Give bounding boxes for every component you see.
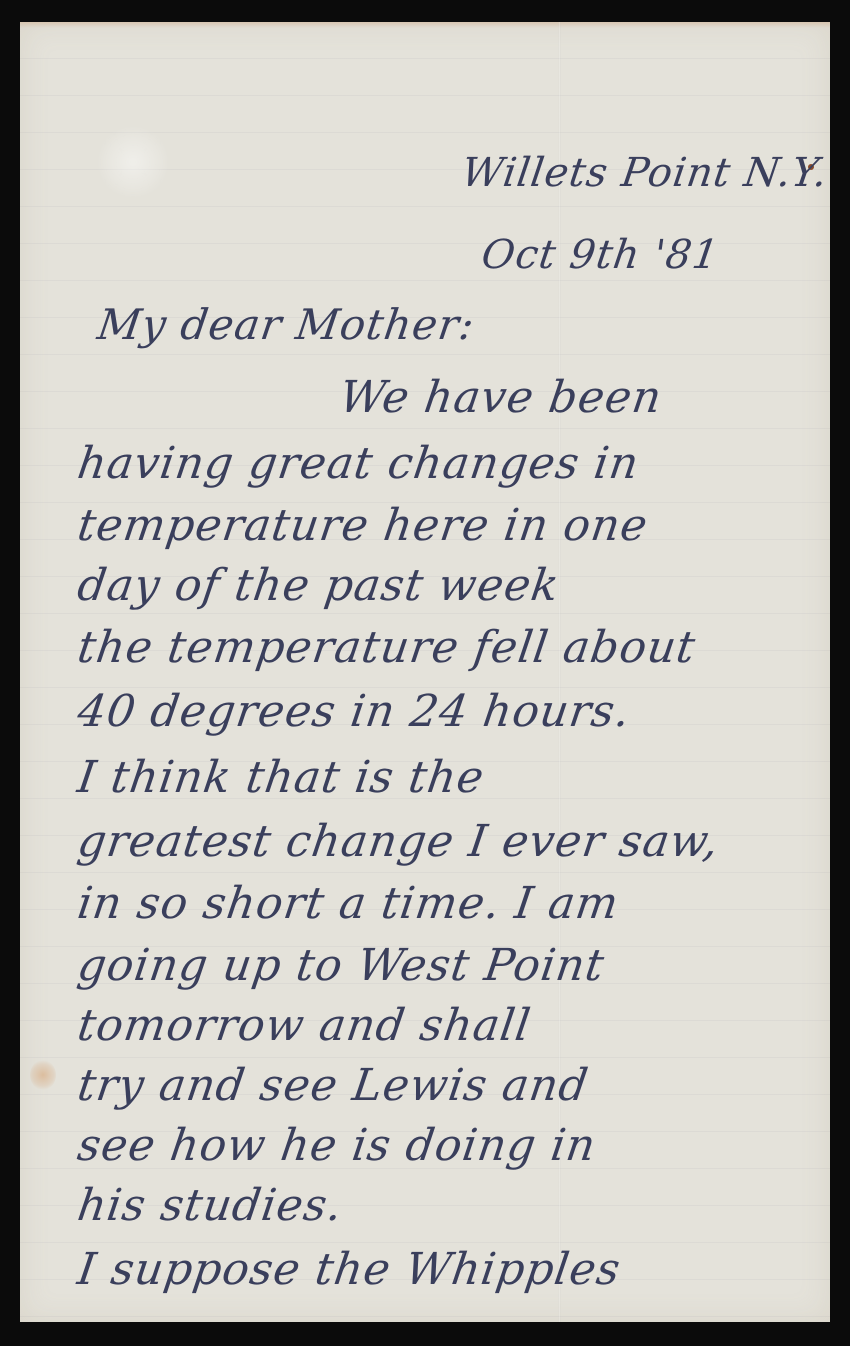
body-line: day of the past week [74,560,562,611]
body-line: greatest change I ever saw, [74,816,722,867]
foxing-stain [30,1060,56,1090]
body-line: tomorrow and shall [74,1000,534,1051]
letter-date: Oct 9th '81 [479,232,722,278]
body-line: temperature here in one [74,500,651,551]
body-line: We have been [336,372,665,423]
body-line: having great changes in [74,438,642,489]
body-line: try and see Lewis and [74,1060,591,1111]
body-line: the temperature fell about [74,622,699,673]
embossed-crest [98,122,168,202]
body-line: going up to West Point [74,940,607,991]
body-line: his studies. [74,1180,346,1231]
body-line: I suppose the Whipples [74,1244,624,1295]
body-line: I think that is the [74,752,487,803]
body-line: in so short a time. I am [74,878,622,929]
letter-salutation: My dear Mother: [95,300,478,349]
body-line: 40 degrees in 24 hours. [74,686,633,737]
body-line: see how he is doing in [74,1120,599,1171]
letter-place: Willets Point N.Y. [459,150,831,196]
